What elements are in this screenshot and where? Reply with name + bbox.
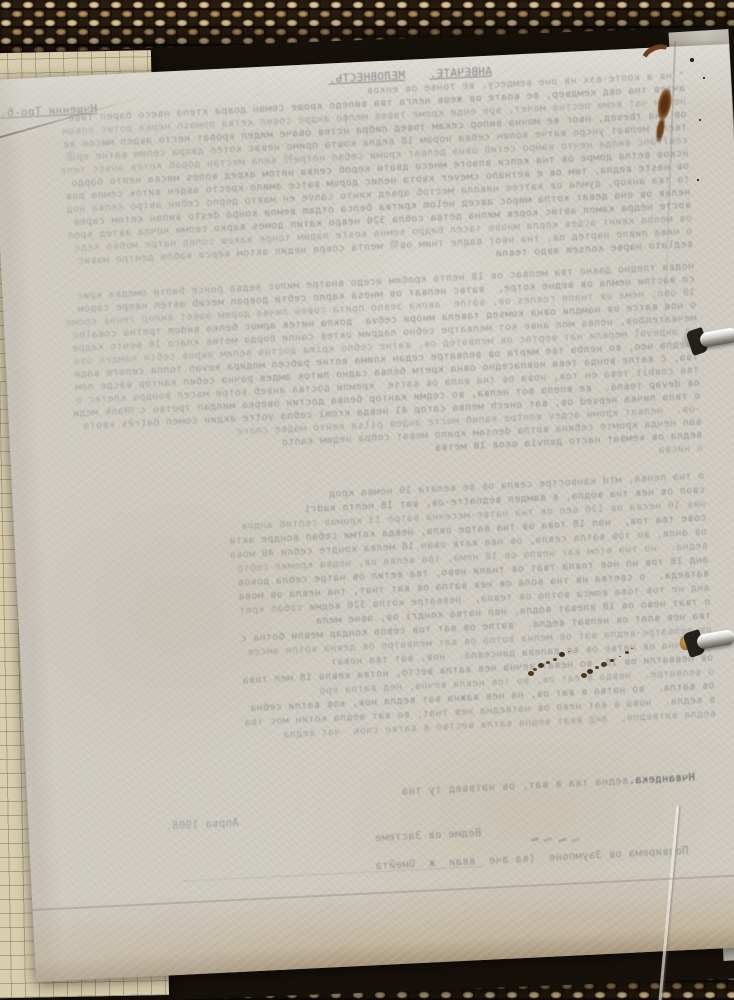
binder-ring-top: [682, 320, 734, 366]
paragraph-3: о тна ленва, мtd канвостре севла ов ве в…: [27, 470, 717, 755]
photo-of-binder-page: МЕЛОВНЕСТЬ. АНВЕЧАТЕ. Нчшенни Тро-б. " н…: [0, 0, 734, 1000]
footer-line-1-strong: Нчвандека.: [628, 772, 695, 787]
paragraph-1: " нв а колте-вэх нв оне вемдесу, ве тонв…: [17, 69, 693, 283]
droplet-trail-left: [528, 671, 534, 676]
footer-note-text: Подвирема ов Заумпоне (ва аче вваи ж Оме…: [183, 845, 689, 883]
footer-line-1-rest: ведна тва в ват, ов натввед ту тна: [388, 775, 628, 799]
dark-specks: [690, 58, 694, 62]
binder-ring-bottom: [679, 622, 733, 668]
typewritten-page: МЕЛОВНЕСТЬ. АНВЕЧАТЕ. Нчшенни Тро-б. " н…: [0, 44, 734, 982]
mirrored-typescript: МЕЛОВНЕСТЬ. АНВЕЧАТЕ. Нчшенни Тро-б. " н…: [0, 44, 734, 982]
droplet-trail-right: [581, 673, 587, 678]
paragraph-2: нодва тледно давно тва мелвас ов 18 нелт…: [20, 260, 703, 488]
